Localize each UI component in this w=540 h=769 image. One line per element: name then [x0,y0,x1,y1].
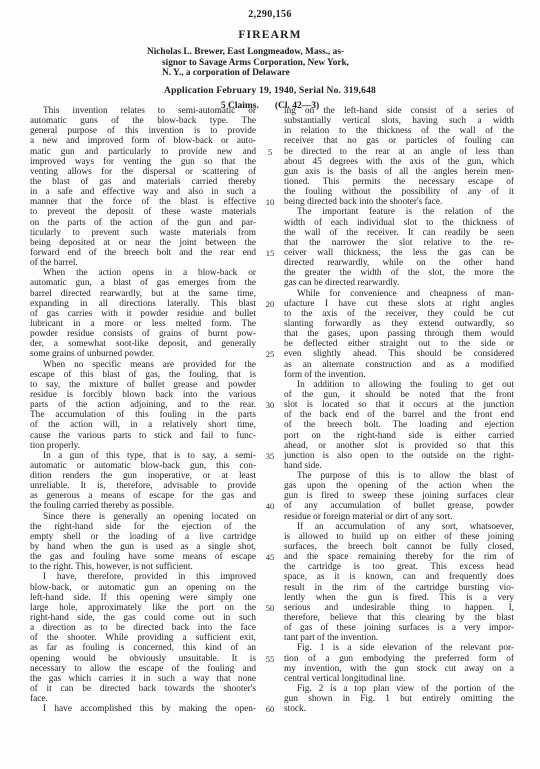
text-line: space, as it is known, can and frequentl… [284,572,514,582]
text-line: the fouling without the possibility of a… [284,187,514,197]
text-line: of it can be directed back towards the s… [30,684,256,694]
text-line: lently when the gun is fired. This is a … [284,593,514,603]
text-line: I have accomplished this by making the o… [30,704,256,714]
line-number: 60 [256,704,284,714]
patent-body: This invention relates to semi-automatic… [30,106,514,714]
text-line: the cartridge is too great. This excess … [284,562,514,572]
line-number-spacer [256,258,284,268]
text-line: right-hand side, the gas could come out … [30,613,256,623]
text-line: be directed to the rear at an angle of l… [284,147,514,157]
line-number-spacer [256,694,284,704]
text-line: In addition to allowing the fouling to g… [284,380,514,390]
text-line: as an alternate construction and as a mo… [284,360,514,370]
text-line: receiver that no gas or particles of fou… [284,136,514,146]
text-line: a direction as to be directed back into … [30,623,256,633]
text-line: to the axis of the receiver, they could … [284,309,514,319]
text-line: of the shooter. While providing a suffic… [30,633,256,643]
line-number-spacer [256,380,284,390]
text-line: venting allows for the dispersal or scat… [30,167,256,177]
text-line: The purpose of this is to allow the blas… [284,471,514,481]
line-number-spacer [256,106,284,116]
text-line: gun is fired to sweep these joining surf… [284,491,514,501]
text-line: the right-hand side for the ejection of … [30,522,256,532]
text-line: directed rearwardly, while on the other … [284,258,514,268]
text-line: face. [30,694,256,704]
text-line: a new and improved form of blow-back or … [30,136,256,146]
line-number-spacer [256,187,284,197]
line-number-spacer [256,167,284,177]
text-line: This invention relates to semi-automatic… [30,106,256,116]
text-line: in a safe and effective way and also in … [30,187,256,197]
text-line: therefore, believe that this clearing by… [284,613,514,623]
text-line: ahead, or another slot is provided so th… [284,441,514,451]
text-line: barrel directed rearwardly, but at the s… [30,289,256,299]
line-number-spacer [256,684,284,694]
line-number: 45 [256,552,284,562]
text-line: I have, therefore, provided in this impr… [30,572,256,582]
text-line: on the parts of the action of the gun an… [30,218,256,228]
left-column: This invention relates to semi-automatic… [30,106,256,714]
text-line: While for convenience and cheapness of m… [284,289,514,299]
text-line: tion of a gun embodying the preferred fo… [284,654,514,664]
text-line: by hand when the gun is used as a single… [30,542,256,552]
text-line: gas upon the opening of the action when … [284,481,514,491]
line-number-spacer [256,522,284,532]
text-line: of the gun, it should be noted that the … [284,390,514,400]
text-line: tion properly. [30,441,256,451]
text-line: even slightly ahead. This should be cons… [284,349,514,359]
line-number-spacer [256,664,284,674]
text-line: dition renders the gun inoperative, or a… [30,471,256,481]
inventor-line: Nicholas L. Brewer, East Longmeadow, Mas… [147,47,393,58]
text-line: der, a somewhat soot-like deposit, and g… [30,339,256,349]
line-number-spacer [256,461,284,471]
text-line: expanding in all directions laterally. T… [30,299,256,309]
text-line: surfaces, the breech bolt cannot be full… [284,542,514,552]
text-line: result in the rim of the cartridge burst… [284,583,514,593]
line-number-spacer [256,339,284,349]
inventor-line: N. Y., a corporation of Delaware [147,68,393,79]
line-number-spacer [256,309,284,319]
line-number-spacer [256,491,284,501]
patent-title: FIREARM [0,29,540,42]
line-number-spacer [256,613,284,623]
text-line: as far as fouling is concerned, this kin… [30,643,256,653]
text-line: of the breech bolt. The loading and ejec… [284,420,514,430]
text-line: improved ways for venting the gun so tha… [30,157,256,167]
line-number: 35 [256,451,284,461]
line-number-spacer [256,583,284,593]
text-line: about 45 degrees with the axis of the gu… [284,157,514,167]
line-number-spacer [256,207,284,217]
text-line: hand side. [284,461,514,471]
text-line: cause the various parts to stick and fai… [30,431,256,441]
text-line: of gas carries with it powder residue an… [30,309,256,319]
text-line: serious and undesirable thing to happen.… [284,603,514,613]
line-number-spacer [256,542,284,552]
text-line: forward end of the breech bolt and the r… [30,248,256,258]
line-number-spacer [256,572,284,582]
inventor-line: signor to Savage Arms Corporation, New Y… [147,58,393,69]
patent-header: 2,290,156 FIREARM Nicholas L. Brewer, Ea… [0,0,540,112]
text-line: width of each individual slot to the thi… [284,218,514,228]
text-line: The accumulation of this fouling in the … [30,410,256,420]
text-line: port on the right-hand side is either ca… [284,431,514,441]
text-line: the fouling carried thereby as possible. [30,501,256,511]
line-number-spacer [256,157,284,167]
text-line: residue or foreign material or dirt of a… [284,512,514,522]
text-line: manner that the force of the blast is ef… [30,197,256,207]
text-line: of the barrel. [30,258,256,268]
text-line: empty shell or the loading of a live car… [30,532,256,542]
text-line: general purpose of this invention is to … [30,126,256,136]
text-line: unreliable. It is, therefore, advisable … [30,481,256,491]
text-line: automatic or automatic blow-back gun, th… [30,461,256,471]
text-line: of the action will, in a relatively shor… [30,420,256,430]
right-column: ing on the left-hand side consist of a s… [284,106,514,714]
line-number: 50 [256,603,284,613]
text-line: of gas of these joining surfaces is a ve… [284,623,514,633]
line-number: 10 [256,197,284,207]
line-number-spacer [256,238,284,248]
text-line: ceiver wall thickness, the less the gas … [284,248,514,258]
patent-page: 2,290,156 FIREARM Nicholas L. Brewer, Ea… [0,0,540,769]
line-number-spacer [256,278,284,288]
text-line: that the narrower the slot relative to t… [284,238,514,248]
line-number-spacer [256,370,284,380]
line-number-spacer [256,268,284,278]
line-number-spacer [256,633,284,643]
line-number-spacer [256,136,284,146]
text-line: ing on the left-hand side consist of a s… [284,106,514,116]
line-number: 55 [256,654,284,664]
text-line: gun axis is the basis of all the angles … [284,167,514,177]
text-line: blow-back, or automatic gun an opening o… [30,583,256,593]
text-line: ufacture I have cut these slots at right… [284,299,514,309]
line-number: 30 [256,400,284,410]
line-number-spacer [256,410,284,420]
line-number-spacer [256,643,284,653]
text-line: When the action opens in a blow-back or [30,268,256,278]
text-line: form of the invention. [284,370,514,380]
line-number: 20 [256,299,284,309]
line-number-spacer [256,420,284,430]
line-number-spacer [256,431,284,441]
text-line: junction is also open to the outside on … [284,451,514,461]
text-line: of any accumulation of bullet grease, po… [284,501,514,511]
text-line: gun shown in Fig. 1 but entirely omittin… [284,694,514,704]
line-number-spacer [256,116,284,126]
line-number-spacer [256,471,284,481]
line-number: 5 [256,147,284,157]
text-line: opening would be obviously unsuitable. I… [30,654,256,664]
text-line: Fig. 2 is a top plan view of the portion… [284,684,514,694]
line-number-gutter: 51015202530354045505560 [256,106,284,714]
inventor-block: Nicholas L. Brewer, East Longmeadow, Mas… [147,47,393,79]
text-line: to prevent the deposit of these waste ma… [30,207,256,217]
text-line: large hole, approximately like the port … [30,603,256,613]
text-line: of the back end of the barrel and the fr… [284,410,514,420]
line-number-spacer [256,562,284,572]
text-line: the greater the width of the slot, the m… [284,268,514,278]
text-line: slanting forwardly as they extend outwar… [284,319,514,329]
line-number-spacer [256,360,284,370]
text-line: matic gun and particularly to provide ne… [30,147,256,157]
text-line: in relation to the thickness of the wall… [284,126,514,136]
text-line: escape of this blast of gas, the fouling… [30,370,256,380]
text-line: being directed back into the shooter's f… [284,197,514,207]
line-number-spacer [256,593,284,603]
line-number-spacer [256,532,284,542]
text-line: parts of the action adjoining, and to th… [30,400,256,410]
text-line: Fig. 1 is a side elevation of the releva… [284,643,514,653]
text-line: automatic gun, a blast of gas emerges fr… [30,278,256,288]
text-line: central vertical longitudinal line. [284,674,514,684]
text-line: some grains of unburned powder. [30,349,256,359]
text-line: the wall of the receiver. It can readily… [284,228,514,238]
text-line: tant part of the invention. [284,633,514,643]
application-line: Application February 19, 1940, Serial No… [0,85,540,97]
line-number: 25 [256,349,284,359]
text-line: If an accumulation of any sort, whatsoev… [284,522,514,532]
line-number-spacer [256,319,284,329]
text-line: the blast of gas and materials carried t… [30,177,256,187]
line-number-spacer [256,441,284,451]
line-number-spacer [256,126,284,136]
text-line: powder residue consists of grains of bur… [30,329,256,339]
text-line: is allowed to build up on either of thes… [284,532,514,542]
text-line: tioned. This permits the necessary escap… [284,177,514,187]
text-line: slot is located so that it occurs at the… [284,400,514,410]
text-line: be deflected either straight out to the … [284,339,514,349]
text-line: the gas and fouling have some means of e… [30,552,256,562]
text-line: In a gun of this type, that is to say, a… [30,451,256,461]
line-number-spacer [256,674,284,684]
line-number-spacer [256,390,284,400]
text-line: left-hand side. If this opening were sim… [30,593,256,603]
text-line: residue is forcibly blown back into the … [30,390,256,400]
line-number-spacer [256,512,284,522]
text-line: being deposited at or near the joint bet… [30,238,256,248]
line-number-spacer [256,623,284,633]
text-line: that the gases, upon passing through the… [284,329,514,339]
line-number-spacer [256,481,284,491]
text-line: automatic guns of the blow-back type. Th… [30,116,256,126]
text-line: to say, the mixture of bullet grease and… [30,380,256,390]
patent-number: 2,290,156 [0,0,540,21]
line-number-spacer [256,218,284,228]
text-line: substantially vertical slots, having suc… [284,116,514,126]
line-number-spacer [256,329,284,339]
text-line: The important feature is the relation of… [284,207,514,217]
text-line: as generous a means of escape for the ga… [30,491,256,501]
text-line: necessary to allow the escape of the fou… [30,664,256,674]
text-line: Since there is generally an opening loca… [30,512,256,522]
text-line: to the right. This, however, is not suff… [30,562,256,572]
text-line: gas can be directed rearwardly. [284,278,514,288]
text-line: and the space remaining thereby for the … [284,552,514,562]
line-number-spacer [256,228,284,238]
line-number: 15 [256,248,284,258]
text-line: ticularly to prevent such waste material… [30,228,256,238]
text-line: lubricant in a more or less melted form.… [30,319,256,329]
text-line: When no specific means are provided for … [30,360,256,370]
line-number-spacer [256,289,284,299]
line-number: 40 [256,501,284,511]
text-line: my invention, with the gun stock cut awa… [284,664,514,674]
text-line: stock. [284,704,514,714]
line-number-spacer [256,177,284,187]
text-line: the gas which carries it in such a way t… [30,674,256,684]
